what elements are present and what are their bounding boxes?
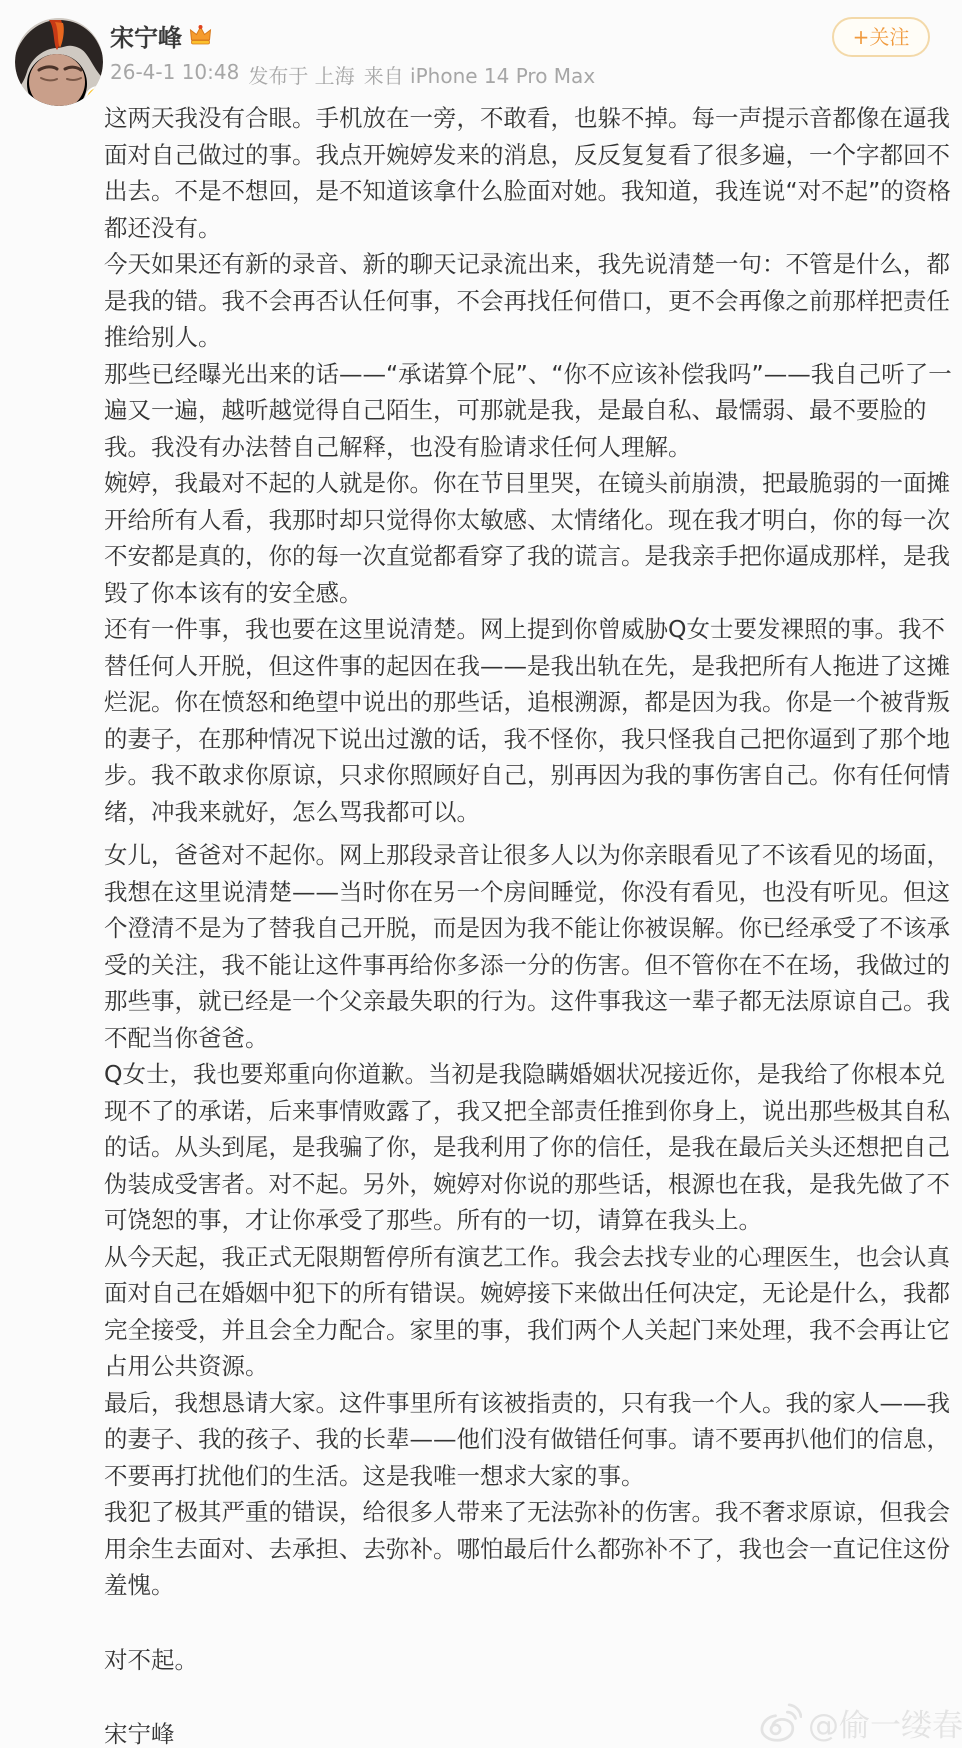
paragraph: 还有一件事，我也要在这里说清楚。网上提到你曾威胁Q女士要发裸照的事。我不替任何人…: [104, 611, 956, 830]
follow-button[interactable]: +关注: [832, 17, 930, 57]
weibo-logo-icon: [760, 1703, 802, 1743]
paragraph: 我犯了极其严重的错误，给很多人带来了无法弥补的伤害。我不奢求原谅，但我会用余生去…: [104, 1494, 956, 1604]
closing-line: 对不起。: [104, 1642, 956, 1679]
post-meta: 26-4-1 10:48 发布于 上海 来自 iPhone 14 Pro Max: [110, 60, 595, 89]
paragraph: 这两天我没有合眼。手机放在一旁，不敢看，也躲不掉。每一声提示音都像在逼我面对自己…: [104, 100, 956, 246]
watermark: @偷一缕春风: [760, 1700, 962, 1745]
paragraph: 从今天起，我正式无限期暂停所有演艺工作。我会去找专业的心理医生，也会认真面对自己…: [104, 1239, 956, 1385]
vip-crown-icon: [189, 24, 212, 46]
paragraph: 最后，我想恳请大家。这件事里所有该被指责的，只有我一个人。我的家人——我的妻子、…: [104, 1385, 956, 1495]
paragraph: 今天如果还有新的录音、新的聊天记录流出来，我先说清楚一句：不管是什么，都是我的错…: [104, 246, 956, 356]
post-device: 来自 iPhone 14 Pro Max: [364, 60, 595, 89]
watermark-handle: @偷一缕春风: [808, 1700, 962, 1745]
post-location: 发布于 上海: [248, 60, 354, 89]
paragraph: 婉婷，我最对不起的人就是你。你在节目里哭，在镜头前崩溃，把最脆弱的一面摊开给所有…: [104, 465, 956, 611]
author-name[interactable]: 宋宁峰: [110, 18, 182, 53]
verified-badge-icon: V: [85, 86, 103, 106]
post-body: 这两天我没有合眼。手机放在一旁，不敢看，也躲不掉。每一声提示音都像在逼我面对自己…: [104, 100, 956, 1748]
post-timestamp: 26-4-1 10:48: [110, 60, 239, 89]
paragraph: 那些已经曝光出来的话——“承诺算个屁”、“你不应该补偿我吗”——我自己听了一遍又…: [104, 356, 956, 466]
avatar[interactable]: V: [15, 18, 103, 106]
paragraph: Q女士，我也要郑重向你道歉。当初是我隐瞒婚姻状况接近你，是我给了你根本兑现不了的…: [104, 1056, 956, 1239]
weibo-post-screenshot: V 宋宁峰 26-4-1 10:48 发布于 上海 来自 iPhone 14 P…: [0, 0, 962, 1748]
paragraph: 女儿，爸爸对不起你。网上那段录音让很多人以为你亲眼看见了不该看见的场面，我想在这…: [104, 837, 956, 1056]
